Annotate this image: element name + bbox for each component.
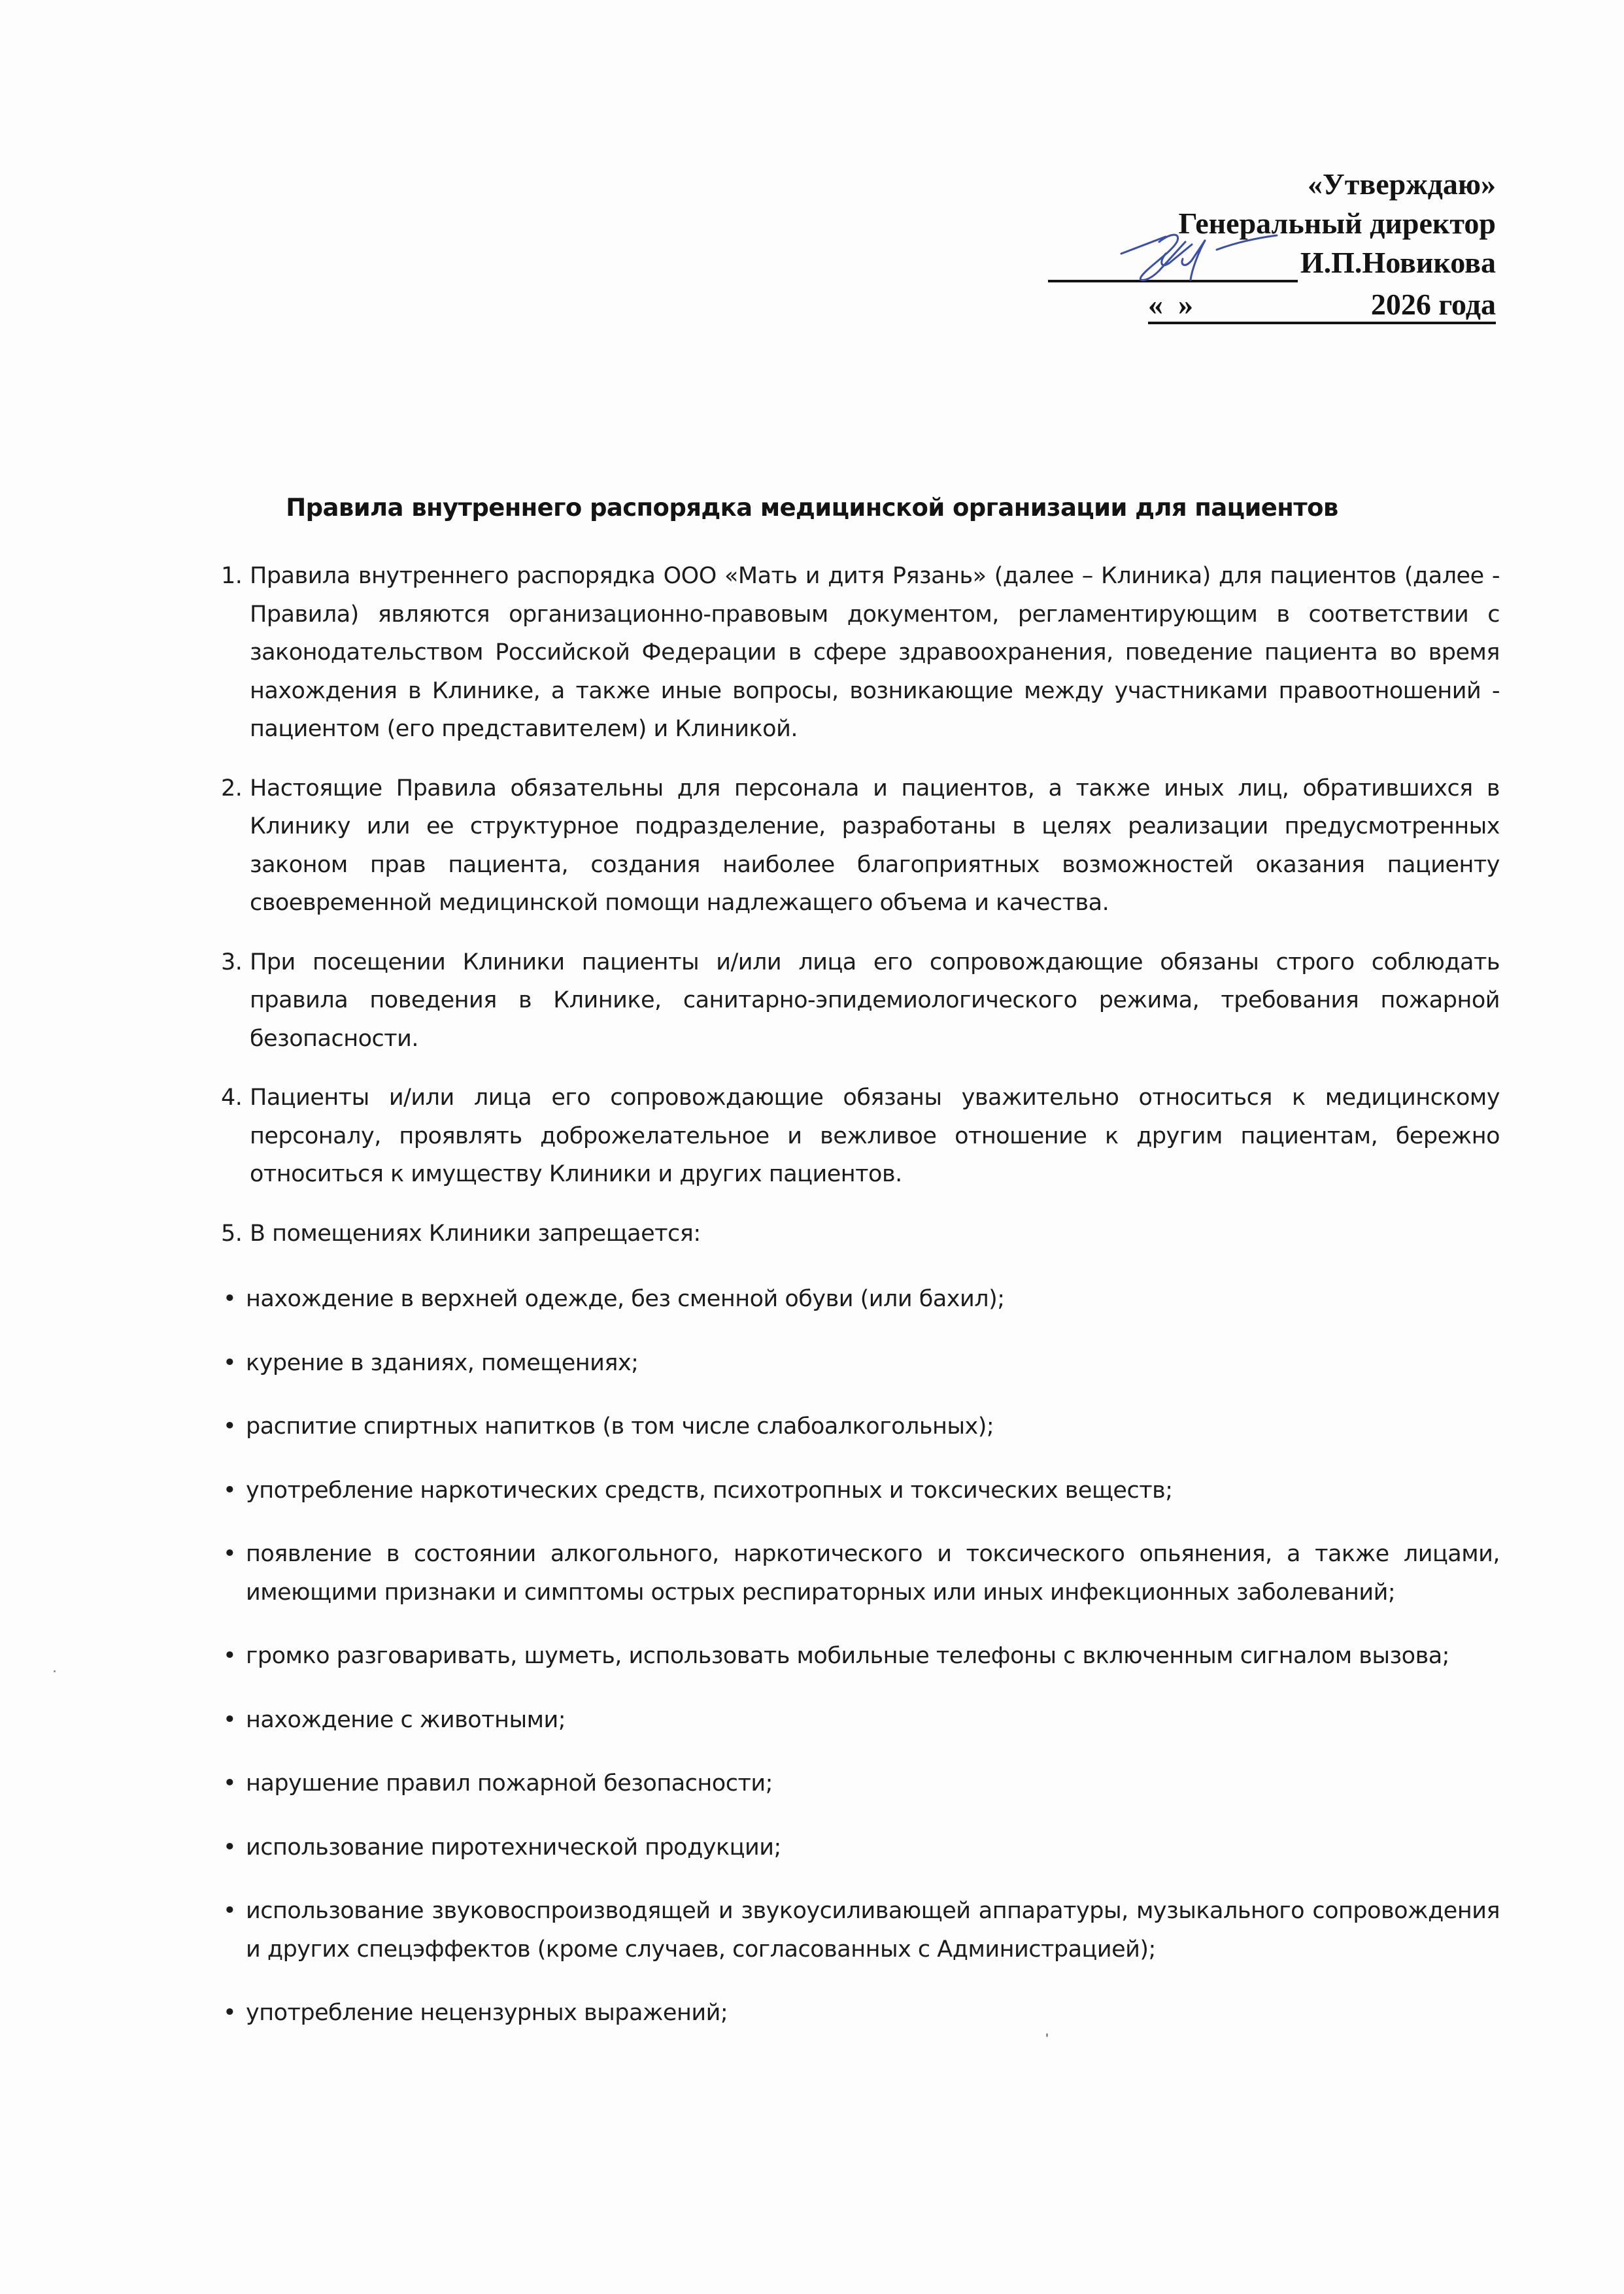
bullet-icon: • — [223, 1764, 236, 1803]
rule-item-2: 2. Настоящие Правила обязательны для пер… — [221, 769, 1500, 922]
rule-item-5: 5. В помещениях Клиники запрещается: — [221, 1215, 1500, 1253]
bullet-icon: • — [223, 1892, 236, 1931]
rule-number: 3. — [221, 943, 242, 982]
document-page: «Утверждаю» Генеральный директор И.П.Нов… — [0, 0, 1624, 2294]
rule-item-4: 4. Пациенты и/или лица его сопровождающи… — [221, 1079, 1500, 1194]
bullet-icon: • — [223, 1637, 236, 1676]
list-item-text: использование звуковоспроизводящей и зву… — [246, 1898, 1500, 1963]
bullet-icon: • — [223, 1280, 236, 1319]
signature-row: И.П.Новикова — [1038, 243, 1496, 282]
list-item-text: использование пиротехнической продукции; — [246, 1834, 781, 1861]
list-item: • распитие спиртных напитков (в том числ… — [221, 1408, 1500, 1446]
list-item: • нахождение с животными; — [221, 1701, 1500, 1740]
rule-text: При посещении Клиники пациенты и/или лиц… — [250, 949, 1500, 1052]
rule-item-3: 3. При посещении Клиники пациенты и/или … — [221, 943, 1500, 1058]
list-item-text: громко разговаривать, шуметь, использова… — [246, 1643, 1449, 1669]
rule-text: Настоящие Правила обязательны для персон… — [250, 775, 1500, 917]
signature-line — [1048, 248, 1298, 282]
bullet-icon: • — [223, 1829, 236, 1867]
rule-number: 5. — [221, 1215, 242, 1253]
document-title: Правила внутреннего распорядка медицинск… — [0, 494, 1624, 522]
list-item-text: употребление нецензурных выражений; — [246, 2000, 728, 2026]
document-body: 1. Правила внутреннего распорядка ООО «М… — [221, 557, 1500, 2058]
rule-item-1: 1. Правила внутреннего распорядка ООО «М… — [221, 557, 1500, 749]
list-item: • нарушение правил пожарной безопасности… — [221, 1764, 1500, 1803]
date-day-field: « » — [1148, 288, 1193, 322]
list-item: • употребление наркотических средств, пс… — [221, 1472, 1500, 1510]
rule-number: 1. — [221, 557, 242, 596]
bullet-icon: • — [223, 1472, 236, 1510]
approval-date: « » 2026 года — [1148, 282, 1496, 324]
list-item: • использование звуковоспроизводящей и з… — [221, 1892, 1500, 1968]
list-item: • употребление нецензурных выражений; — [221, 1994, 1500, 2033]
rule-number: 4. — [221, 1079, 242, 1117]
rule-text: Пациенты и/или лица его сопровождающие о… — [250, 1085, 1500, 1187]
rule-number: 2. — [221, 769, 242, 808]
bullet-icon: • — [223, 1535, 236, 1574]
handwritten-signature-icon — [1120, 222, 1290, 288]
list-item-text: нарушение правил пожарной безопасности; — [246, 1770, 773, 1796]
bullet-icon: • — [223, 1408, 236, 1446]
date-year: 2026 года — [1371, 288, 1496, 322]
list-item-text: распитие спиртных напитков (в том числе … — [246, 1413, 994, 1440]
list-item: • использование пиротехнической продукци… — [221, 1829, 1500, 1867]
prohibitions-list: • нахождение в верхней одежде, без сменн… — [221, 1280, 1500, 2033]
list-item-text: появление в состоянии алкогольного, нарк… — [246, 1541, 1500, 1606]
list-item-text: нахождение в верхней одежде, без сменной… — [246, 1286, 1005, 1312]
list-item: • нахождение в верхней одежде, без сменн… — [221, 1280, 1500, 1319]
list-item: • появление в состоянии алкогольного, на… — [221, 1535, 1500, 1611]
list-item-text: употребление наркотических средств, псих… — [246, 1477, 1173, 1504]
list-item-text: курение в зданиях, помещениях; — [246, 1350, 638, 1376]
rule-text: Правила внутреннего распорядка ООО «Мать… — [250, 563, 1500, 742]
bullet-icon: • — [223, 1344, 236, 1383]
date-open-quote: « — [1148, 288, 1163, 321]
scan-speck — [54, 1670, 56, 1672]
list-item: • курение в зданиях, помещениях; — [221, 1344, 1500, 1383]
approval-heading: «Утверждаю» — [1038, 165, 1496, 204]
date-close-quote: » — [1178, 288, 1193, 321]
signatory-name: И.П.Новикова — [1300, 243, 1496, 282]
scan-speck — [1046, 2033, 1048, 2037]
bullet-icon: • — [223, 1994, 236, 2033]
list-item: • громко разговаривать, шуметь, использо… — [221, 1637, 1500, 1676]
rule-text: В помещениях Клиники запрещается: — [250, 1221, 701, 1247]
approval-block: «Утверждаю» Генеральный директор И.П.Нов… — [1038, 165, 1496, 324]
list-item-text: нахождение с животными; — [246, 1707, 566, 1733]
bullet-icon: • — [223, 1701, 236, 1740]
